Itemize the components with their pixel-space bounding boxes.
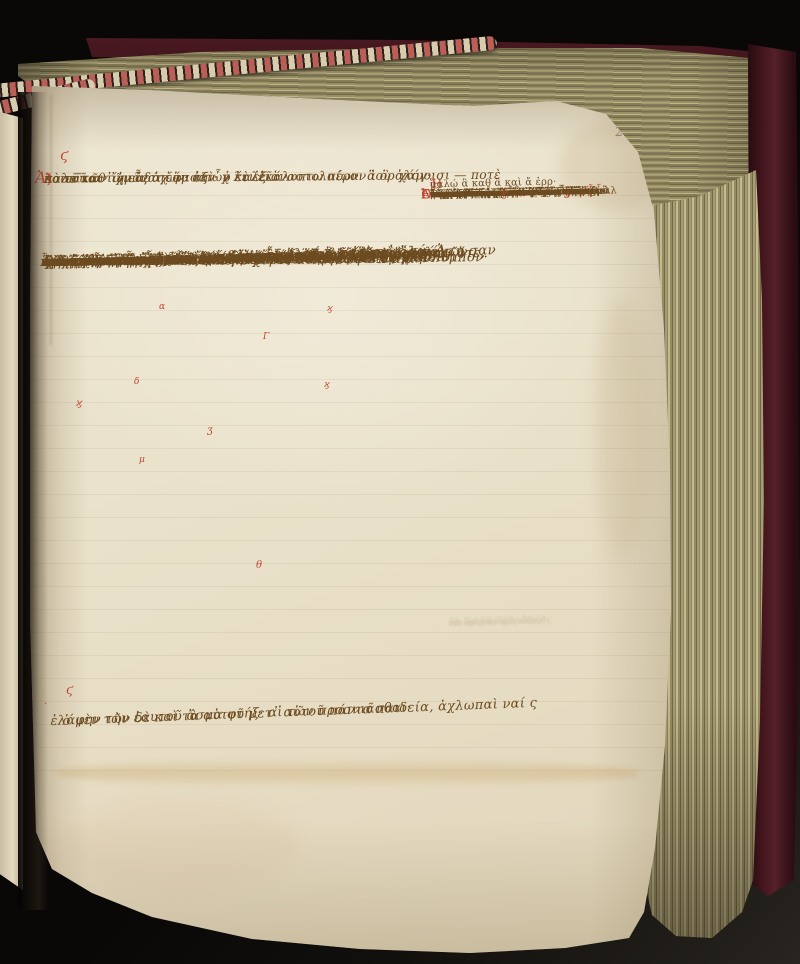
show-through-line: ὡς ἄρ ἔπι ὅς ϛ xyxy=(448,607,517,638)
stain xyxy=(60,800,300,890)
manuscript-photo: 249 Ἀλασα τῶν ἴχ εἶναι ἔφασαν· ὁ ἔτι ἐκά… xyxy=(0,0,800,964)
stain xyxy=(55,758,640,788)
rubric-text: Ϝ xyxy=(421,188,430,201)
stain xyxy=(596,300,651,560)
gutter-shadow xyxy=(18,92,48,910)
parchment-crease xyxy=(50,95,52,345)
ink-text: τῆς Θαλάττης : —— xyxy=(430,186,533,201)
